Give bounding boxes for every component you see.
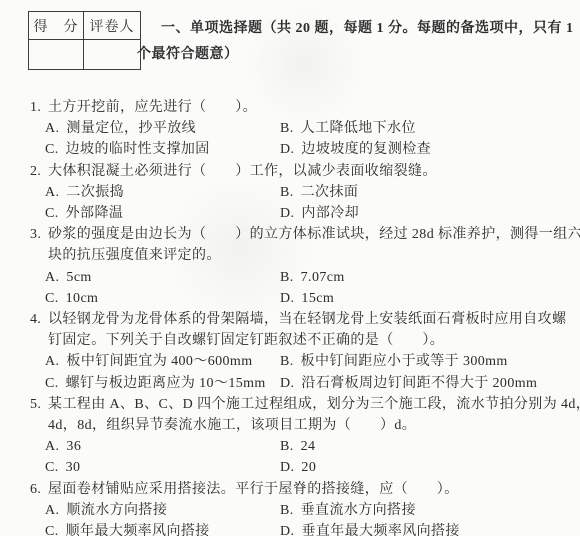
option-row: A.二次振捣 B.二次抹面: [0, 182, 580, 203]
option-text: 边坡坡度的复测检查: [301, 142, 431, 157]
option-text: 顺流水方向搭接: [66, 503, 167, 518]
question-text-line: 3.砂浆的强度是由边长为（ ）的立方体标准试块，经过 28d 标准养护，测得一组…: [0, 224, 580, 245]
option-c: C.顺年最大频率风向搭接: [45, 521, 280, 536]
option-d: D.边坡坡度的复测检查: [280, 139, 431, 160]
option-text: 垂直年最大频率风向搭接: [301, 524, 459, 536]
option-b: B.7.07cm: [280, 267, 345, 288]
option-text: 沿石膏板周边钉间距不得大于 200mm: [301, 376, 537, 391]
option-text: 二次振捣: [66, 185, 124, 200]
option-d: D.15cm: [280, 288, 334, 309]
option-a: A.36: [45, 436, 280, 457]
option-d: D.垂直年最大频率风向搭接: [280, 521, 460, 536]
option-row: A.板中钉间距宜为 400～600mm B.板中钉间距应小于或等于 300mm: [0, 351, 580, 372]
option-text: 10cm: [66, 291, 99, 306]
option-label: D.: [280, 142, 294, 157]
option-text: 板中钉间距宜为 400～600mm: [66, 354, 252, 369]
option-label: B.: [280, 439, 294, 454]
score-header-cell: 得 分: [29, 12, 84, 40]
option-row: A.顺流水方向搭接 B.垂直流水方向搭接: [0, 500, 580, 521]
score-value-cell: [29, 40, 84, 70]
question-text: 土方开挖前，应先进行（ ）。: [48, 100, 257, 115]
option-text: 7.07cm: [301, 270, 345, 285]
option-b: B.板中钉间距应小于或等于 300mm: [280, 351, 508, 372]
grader-header-cell: 评卷人: [84, 12, 141, 40]
option-row: A.5cm B.7.07cm: [0, 267, 580, 288]
option-label: C.: [45, 142, 59, 157]
option-row: C.边坡的临时性支撑加固 D.边坡坡度的复测检查: [0, 139, 580, 160]
option-row: A.测量定位，抄平放线 B.人工降低地下水位: [0, 118, 580, 139]
option-a: A.板中钉间距宜为 400～600mm: [45, 351, 280, 372]
question-number: 2.: [30, 161, 48, 182]
question-number: 3.: [30, 224, 48, 245]
option-text: 30: [66, 460, 81, 475]
option-d: D.20: [280, 457, 316, 478]
option-d: D.沿石膏板周边钉间距不得大于 200mm: [280, 373, 537, 394]
option-label: B.: [280, 270, 294, 285]
option-b: B.垂直流水方向搭接: [280, 500, 416, 521]
option-c: C.30: [45, 457, 280, 478]
option-text: 24: [301, 439, 316, 454]
option-row: C.顺年最大频率风向搭接 D.垂直年最大频率风向搭接: [0, 521, 580, 536]
question-2: 2.大体积混凝土必须进行（ ）工作，以减少表面收缩裂缝。 A.二次振捣 B.二次…: [0, 161, 580, 225]
question-number: 5.: [30, 394, 48, 415]
option-c: C.螺钉与板边距离应为 10～15mm: [45, 373, 280, 394]
option-label: C.: [45, 524, 59, 536]
option-label: D.: [280, 376, 294, 391]
option-row: C.外部降温 D.内部冷却: [0, 203, 580, 224]
option-label: A.: [45, 354, 59, 369]
question-4: 4.以轻钢龙骨为龙骨体系的骨架隔墙，当在轻钢龙骨上安装纸面石膏板时应用自攻螺 钉…: [0, 309, 580, 394]
option-text: 边坡的临时性支撑加固: [66, 142, 210, 157]
option-label: D.: [280, 291, 294, 306]
option-text: 螺钉与板边距离应为 10～15mm: [66, 376, 266, 391]
option-text: 二次抹面: [301, 185, 359, 200]
option-text: 36: [66, 439, 81, 454]
option-label: C.: [45, 206, 59, 221]
grader-value-cell: [84, 40, 141, 70]
question-number: 6.: [30, 479, 48, 500]
option-b: B.人工降低地下水位: [280, 118, 416, 139]
option-label: A.: [45, 503, 59, 518]
option-text: 顺年最大频率风向搭接: [66, 524, 210, 536]
option-text: 15cm: [301, 291, 334, 306]
option-text: 内部冷却: [301, 206, 359, 221]
option-b: B.二次抹面: [280, 182, 358, 203]
question-text-line: 4.以轻钢龙骨为龙骨体系的骨架隔墙，当在轻钢龙骨上安装纸面石膏板时应用自攻螺: [0, 309, 580, 330]
option-d: D.内部冷却: [280, 203, 359, 224]
option-text: 5cm: [66, 270, 91, 285]
section-heading: 一、单项选择题（共 20 题，每题 1 分。每题的备选项中，只有 1 个最符合题…: [137, 16, 575, 68]
question-number: 4.: [30, 309, 48, 330]
option-c: C.边坡的临时性支撑加固: [45, 139, 280, 160]
option-label: B.: [280, 503, 294, 518]
option-row: C.10cm D.15cm: [0, 288, 580, 309]
question-text-line: 块的抗压强度值来评定的。: [0, 245, 580, 266]
option-row: C.30 D.20: [0, 457, 580, 478]
exam-page: 得 分 评卷人 一、单项选择题（共 20 题，每题 1 分。每题的备选项中，只有…: [0, 0, 580, 536]
option-a: A.二次振捣: [45, 182, 280, 203]
option-text: 板中钉间距应小于或等于 300mm: [301, 354, 508, 369]
option-label: A.: [45, 185, 59, 200]
option-label: A.: [45, 439, 59, 454]
question-6: 6.屋面卷材铺贴应采用搭接法。平行于屋脊的搭接缝，应（ ）。 A.顺流水方向搭接…: [0, 479, 580, 536]
question-5: 5.某工程由 A、B、C、D 四个施工过程组成，划分为三个施工段，流水节拍分别为…: [0, 394, 580, 479]
option-text: 20: [301, 460, 316, 475]
question-1: 1.土方开挖前，应先进行（ ）。 A.测量定位，抄平放线 B.人工降低地下水位 …: [0, 97, 580, 161]
question-list: 1.土方开挖前，应先进行（ ）。 A.测量定位，抄平放线 B.人工降低地下水位 …: [0, 97, 580, 536]
question-text: 大体积混凝土必须进行（ ）工作，以减少表面收缩裂缝。: [48, 164, 437, 179]
option-text: 垂直流水方向搭接: [301, 503, 416, 518]
question-text: 屋面卷材铺贴应采用搭接法。平行于屋脊的搭接缝，应（ ）。: [48, 482, 459, 497]
option-a: A.测量定位，抄平放线: [45, 118, 280, 139]
option-row: C.螺钉与板边距离应为 10～15mm D.沿石膏板周边钉间距不得大于 200m…: [0, 373, 580, 394]
option-b: B.24: [280, 436, 315, 457]
question-text-line: 1.土方开挖前，应先进行（ ）。: [0, 97, 580, 118]
section-heading-line2: 个最符合题意）: [137, 42, 575, 68]
option-label: B.: [280, 185, 294, 200]
option-text: 外部降温: [66, 206, 124, 221]
option-row: A.36 B.24: [0, 436, 580, 457]
score-table: 得 分 评卷人: [28, 11, 141, 70]
option-label: C.: [45, 291, 59, 306]
question-text-line: 6.屋面卷材铺贴应采用搭接法。平行于屋脊的搭接缝，应（ ）。: [0, 479, 580, 500]
section-heading-line1: 一、单项选择题（共 20 题，每题 1 分。每题的备选项中，只有 1: [137, 16, 575, 42]
option-label: D.: [280, 460, 294, 475]
option-a: A.5cm: [45, 267, 280, 288]
option-label: A.: [45, 270, 59, 285]
question-text-line: 钉固定。下列关于自改螺钉固定钉距叙述不正确的是（ ）。: [0, 330, 580, 351]
option-label: D.: [280, 206, 294, 221]
question-text: 砂浆的强度是由边长为（ ）的立方体标准试块，经过 28d 标准养护，测得一组六: [48, 227, 580, 242]
option-c: C.10cm: [45, 288, 280, 309]
option-label: B.: [280, 354, 294, 369]
option-label: D.: [280, 524, 294, 536]
option-text: 测量定位，抄平放线: [66, 121, 196, 136]
option-label: C.: [45, 376, 59, 391]
option-label: A.: [45, 121, 59, 136]
question-3: 3.砂浆的强度是由边长为（ ）的立方体标准试块，经过 28d 标准养护，测得一组…: [0, 224, 580, 309]
option-label: C.: [45, 460, 59, 475]
option-c: C.外部降温: [45, 203, 280, 224]
question-number: 1.: [30, 97, 48, 118]
question-text: 某工程由 A、B、C、D 四个施工过程组成，划分为三个施工段，流水节拍分别为 4…: [48, 397, 580, 412]
question-text-line: 2.大体积混凝土必须进行（ ）工作，以减少表面收缩裂缝。: [0, 161, 580, 182]
question-text-line: 5.某工程由 A、B、C、D 四个施工过程组成，划分为三个施工段，流水节拍分别为…: [0, 394, 580, 415]
question-text: 以轻钢龙骨为龙骨体系的骨架隔墙，当在轻钢龙骨上安装纸面石膏板时应用自攻螺: [48, 312, 566, 327]
option-a: A.顺流水方向搭接: [45, 500, 280, 521]
option-text: 人工降低地下水位: [301, 121, 416, 136]
option-label: B.: [280, 121, 294, 136]
question-text-line: 4d，8d，组织异节奏流水施工，该项目工期为（ ）d。: [0, 415, 580, 436]
